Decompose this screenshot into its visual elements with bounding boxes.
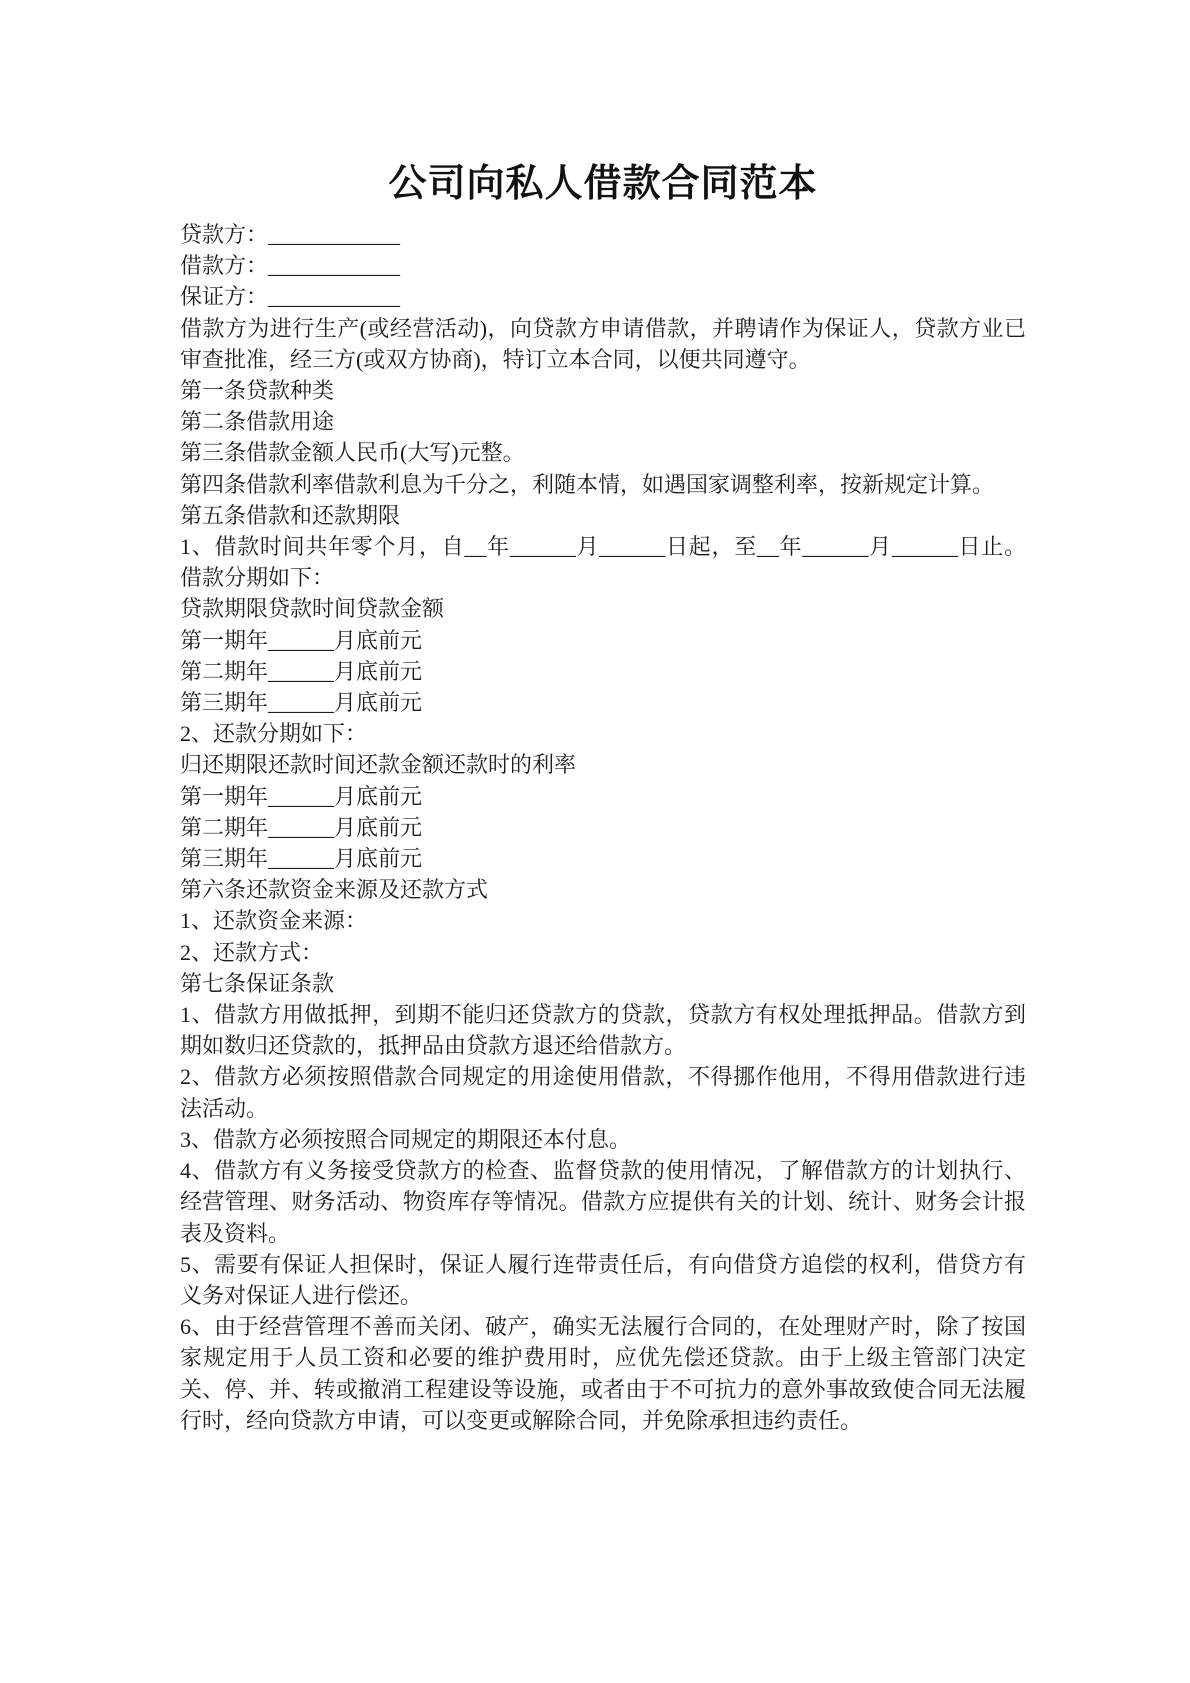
paragraph-21: 1、还款资金来源： (180, 905, 1026, 936)
paragraph-8: 第四条借款利率借款利息为千分之，利随本情，如遇国家调整利率，按新规定计算。 (180, 469, 1026, 500)
paragraph-19: 第三期年______月底前元 (180, 843, 1026, 874)
document-body: 贷款方：____________借款方：____________保证方：____… (180, 219, 1026, 1436)
paragraph-10: 1、借款时间共年零个月，自__年______月______日起，至__年____… (180, 531, 1026, 593)
paragraph-15: 2、还款分期如下： (180, 718, 1026, 749)
paragraph-12: 第一期年______月底前元 (180, 625, 1026, 656)
paragraph-25: 2、借款方必须按照借款合同规定的用途使用借款，不得挪作他用，不得用借款进行违法活… (180, 1061, 1026, 1123)
paragraph-3: 保证方：____________ (180, 281, 1026, 312)
paragraph-13: 第二期年______月底前元 (180, 656, 1026, 687)
document-title: 公司向私人借款合同范本 (180, 158, 1026, 210)
paragraph-23: 第七条保证条款 (180, 968, 1026, 999)
paragraph-16: 归还期限还款时间还款金额还款时的利率 (180, 749, 1026, 780)
paragraph-5: 第一条贷款种类 (180, 375, 1026, 406)
paragraph-17: 第一期年______月底前元 (180, 781, 1026, 812)
document-content: 公司向私人借款合同范本 贷款方：____________借款方：________… (180, 158, 1026, 1436)
document-page: 公司向私人借款合同范本 贷款方：____________借款方：________… (0, 0, 1190, 1683)
paragraph-9: 第五条借款和还款期限 (180, 500, 1026, 531)
paragraph-14: 第三期年______月底前元 (180, 687, 1026, 718)
paragraph-20: 第六条还款资金来源及还款方式 (180, 874, 1026, 905)
paragraph-22: 2、还款方式： (180, 937, 1026, 968)
paragraph-24: 1、借款方用做抵押，到期不能归还贷款方的贷款，贷款方有权处理抵押品。借款方到期如… (180, 999, 1026, 1061)
paragraph-6: 第二条借款用途 (180, 406, 1026, 437)
paragraph-29: 6、由于经营管理不善而关闭、破产，确实无法履行合同的，在处理财产时，除了按国家规… (180, 1311, 1026, 1436)
paragraph-26: 3、借款方必须按照合同规定的期限还本付息。 (180, 1124, 1026, 1155)
paragraph-4: 借款方为进行生产(或经营活动)，向贷款方申请借款，并聘请作为保证人，贷款方业已审… (180, 313, 1026, 375)
paragraph-18: 第二期年______月底前元 (180, 812, 1026, 843)
paragraph-2: 借款方：____________ (180, 250, 1026, 281)
paragraph-1: 贷款方：____________ (180, 219, 1026, 250)
paragraph-11: 贷款期限贷款时间贷款金额 (180, 593, 1026, 624)
paragraph-27: 4、借款方有义务接受贷款方的检查、监督贷款的使用情况，了解借款方的计划执行、经营… (180, 1155, 1026, 1249)
paragraph-28: 5、需要有保证人担保时，保证人履行连带责任后，有向借贷方追偿的权利，借贷方有义务… (180, 1249, 1026, 1311)
paragraph-7: 第三条借款金额人民币(大写)元整。 (180, 437, 1026, 468)
